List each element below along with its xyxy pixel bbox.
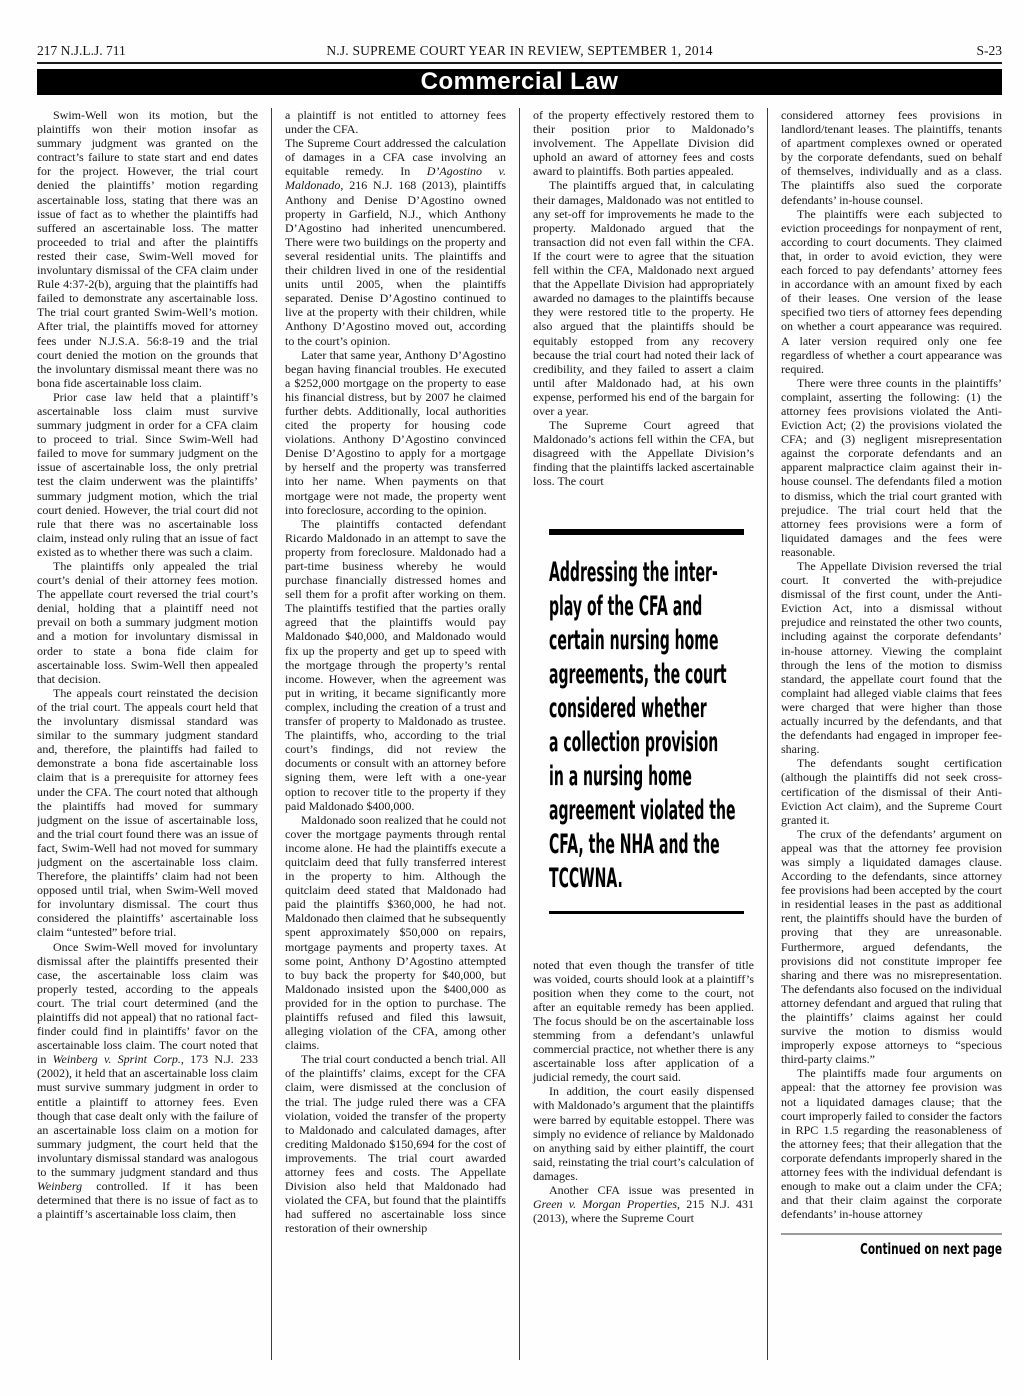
pull-quote-line: a collection provision: [549, 726, 726, 760]
paragraph-text: Another CFA issue was presented in: [549, 1183, 754, 1197]
pull-quote-bottom-rule: [549, 911, 744, 914]
pull-quote-line: CFA, the NHA and the: [549, 828, 726, 862]
paragraph: Another CFA issue was presented in Green…: [533, 1183, 754, 1225]
publication-title: N.J. SUPREME COURT YEAR IN REVIEW, SEPTE…: [267, 43, 772, 59]
paragraph-text: The plaintiffs argued that, in calculati…: [533, 178, 754, 418]
paragraph: The Supreme Court addressed the calculat…: [285, 136, 506, 347]
paragraph: Later that same year, Anthony D’Agostino…: [285, 348, 506, 517]
section-title: Commercial Law: [421, 68, 619, 96]
paragraph: In addition, the court easily dispensed …: [533, 1084, 754, 1183]
continued-label: Continued on next page: [847, 1242, 1002, 1256]
paragraph-text: The plaintiffs only appealed the trial c…: [37, 559, 258, 686]
section-banner: Commercial Law: [37, 69, 1002, 95]
paragraph-text: The appeals court reinstated the decisio…: [37, 686, 258, 940]
paragraph-text: , 173 N.J. 233 (2002), it held that an a…: [37, 1052, 258, 1179]
paragraph-text: Maldonado soon realized that he could no…: [285, 813, 506, 1053]
paragraph-text: The trial court conducted a bench trial.…: [285, 1052, 506, 1235]
pull-quote-line: Addressing the inter-: [549, 556, 726, 590]
pull-quote-line: agreement violated the: [549, 794, 726, 828]
paragraph: of the property effectively restored the…: [533, 108, 754, 178]
pull-quote-line: certain nursing home: [549, 624, 726, 658]
paragraph-text: Prior case law held that a plaintiff’s a…: [37, 390, 258, 559]
newspaper-page: 217 N.J.L.J. 711 N.J. SUPREME COURT YEAR…: [0, 0, 1024, 1396]
pull-quote: Addressing the inter-play of the CFA and…: [549, 529, 744, 914]
paragraph-text: Swim-Well won its motion, but the plaint…: [37, 108, 258, 390]
paragraph-text: noted that even though the transfer of t…: [533, 958, 754, 1085]
column-3: of the property effectively restored the…: [519, 108, 767, 1360]
case-citation: Weinberg: [37, 1179, 82, 1193]
column-1: Swim-Well won its motion, but the plaint…: [37, 108, 271, 1360]
paragraph: The Appellate Division reversed the tria…: [781, 559, 1002, 756]
paragraph: The plaintiffs made four arguments on ap…: [781, 1066, 1002, 1221]
paragraph: The Supreme Court agreed that Maldonado’…: [533, 418, 754, 488]
paragraph-text: The plaintiffs made four arguments on ap…: [781, 1066, 1002, 1221]
paragraph-text: The plaintiffs contacted defendant Ricar…: [285, 517, 506, 813]
article-body: Swim-Well won its motion, but the plaint…: [37, 108, 1002, 1360]
page-number: S-23: [772, 43, 1002, 59]
column-4: considered attorney fees provisions in l…: [767, 108, 1002, 1360]
continued-rule: [781, 1233, 1002, 1235]
paragraph-text: The crux of the defendants’ argument on …: [781, 827, 1002, 1067]
citation-number: 217 N.J.L.J. 711: [37, 43, 267, 59]
masthead: 217 N.J.L.J. 711 N.J. SUPREME COURT YEAR…: [37, 43, 1002, 59]
paragraph-text: The Appellate Division reversed the tria…: [781, 559, 1002, 756]
paragraph: Once Swim-Well moved for involuntary dis…: [37, 940, 258, 1222]
paragraph-text: The plaintiffs were each subjected to ev…: [781, 207, 1002, 376]
paragraph-text: In addition, the court easily dispensed …: [533, 1084, 754, 1183]
case-citation: Weinberg v. Sprint Corp.: [53, 1052, 181, 1066]
paragraph: a plaintiff is not entitled to attorney …: [285, 108, 506, 136]
column-2: a plaintiff is not entitled to attorney …: [271, 108, 519, 1360]
paragraph: The plaintiffs only appealed the trial c…: [37, 559, 258, 686]
paragraph: Swim-Well won its motion, but the plaint…: [37, 108, 258, 390]
pull-quote-top-rule: [549, 529, 744, 535]
pull-quote-line: considered whether: [549, 692, 726, 726]
paragraph: The plaintiffs argued that, in calculati…: [533, 178, 754, 418]
paragraph: The appeals court reinstated the decisio…: [37, 686, 258, 940]
paragraph-text: a plaintiff is not entitled to attorney …: [285, 108, 506, 136]
paragraph: considered attorney fees provisions in l…: [781, 108, 1002, 207]
paragraph: The trial court conducted a bench trial.…: [285, 1052, 506, 1235]
case-citation: Green v. Morgan Properties: [533, 1197, 677, 1211]
pull-quote-text: Addressing the inter-play of the CFA and…: [549, 556, 726, 896]
masthead-rule: [37, 62, 1002, 64]
paragraph: noted that even though the transfer of t…: [533, 958, 754, 1085]
pull-quote-line: TCCWNA.: [549, 862, 726, 896]
paragraph-text: Once Swim-Well moved for involuntary dis…: [37, 940, 258, 1067]
paragraph-text: , 216 N.J. 168 (2013), plaintiffs Anthon…: [285, 178, 506, 347]
paragraph-text: of the property effectively restored the…: [533, 108, 754, 178]
paragraph: Maldonado soon realized that he could no…: [285, 813, 506, 1053]
paragraph: The plaintiffs contacted defendant Ricar…: [285, 517, 506, 813]
paragraph-text: Later that same year, Anthony D’Agostino…: [285, 348, 506, 517]
paragraph: There were three counts in the plaintiff…: [781, 376, 1002, 559]
pull-quote-line: in a nursing home: [549, 760, 726, 794]
paragraph: The crux of the defendants’ argument on …: [781, 827, 1002, 1067]
paragraph-text: considered attorney fees provisions in l…: [781, 108, 1002, 207]
paragraph: Prior case law held that a plaintiff’s a…: [37, 390, 258, 559]
paragraph-text: There were three counts in the plaintiff…: [781, 376, 1002, 559]
pull-quote-line: agreements, the court: [549, 658, 726, 692]
paragraph-text: The Supreme Court agreed that Maldonado’…: [533, 418, 754, 488]
pull-quote-line: play of the CFA and: [549, 590, 726, 624]
paragraph-text: The defendants sought certification (alt…: [781, 756, 1002, 826]
continued-notice: Continued on next page: [781, 1233, 1002, 1256]
paragraph: The defendants sought certification (alt…: [781, 756, 1002, 826]
paragraph: The plaintiffs were each subjected to ev…: [781, 207, 1002, 376]
